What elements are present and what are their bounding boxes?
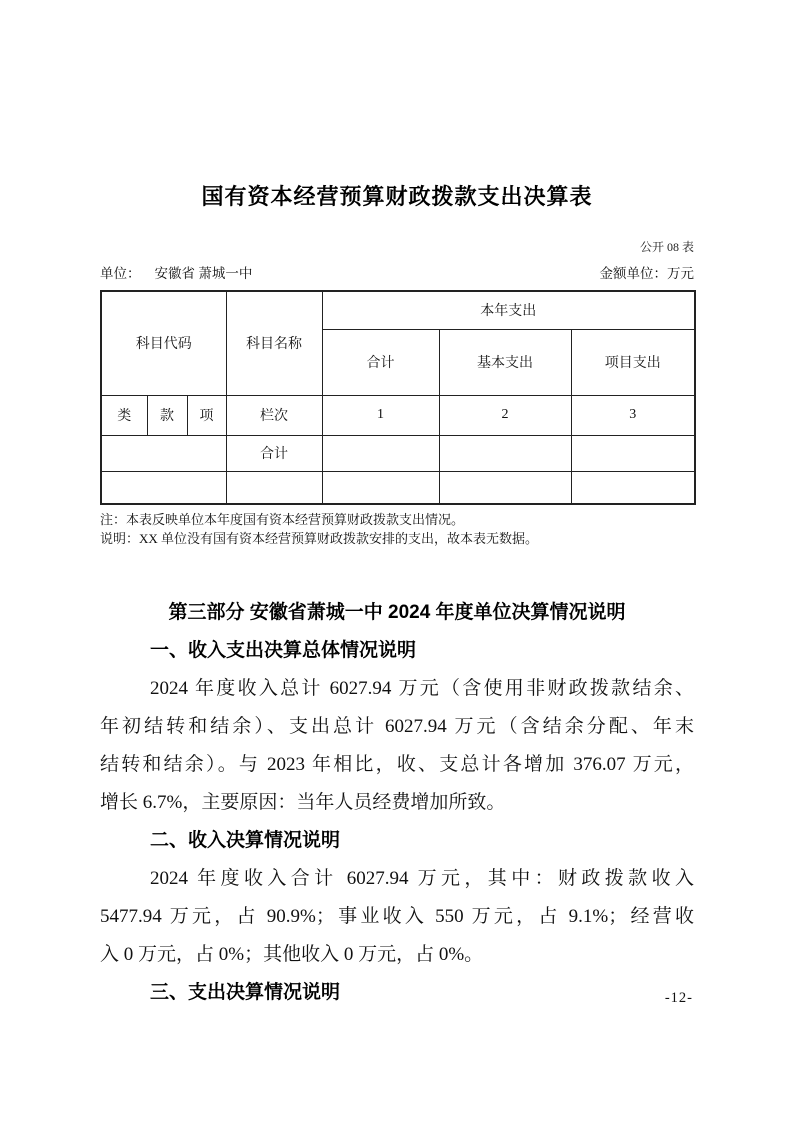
heading-expenditure-final-accounts: 三、支出决算情况说明 [100, 974, 694, 1012]
heading-income-expenditure-overview: 一、收入支出决算总体情况说明 [100, 632, 694, 670]
table-notes: 注：本表反映单位本年度国有资本经营预算财政拨款支出情况。 说明：XX 单位没有国… [100, 511, 694, 548]
band-col-index-2: 2 [439, 395, 571, 435]
note-line-1: 注：本表反映单位本年度国有资本经营预算财政拨款支出情况。 [100, 511, 694, 530]
band-kuan: 款 [147, 395, 187, 435]
unit-label: 单位： [100, 266, 141, 281]
empty-value-cell [322, 471, 439, 504]
page-content: 国有资本经营预算财政拨款支出决算表 公开 08 表 单位：安徽省 萧城一中 金额… [100, 0, 694, 1012]
empty-value-cell [571, 471, 695, 504]
document-page: 国有资本经营预算财政拨款支出决算表 公开 08 表 单位：安徽省 萧城一中 金额… [0, 0, 793, 1122]
unit-row: 单位：安徽省 萧城一中 金额单位：万元 [100, 262, 694, 282]
band-col-index-1: 1 [322, 395, 439, 435]
band-xiang: 项 [187, 395, 226, 435]
budget-table: 科目代码 科目名称 本年支出 合计 基本支出 项目支出 类 款 项 栏次 1 2… [100, 290, 696, 505]
table-band-row: 类 款 项 栏次 1 2 3 [101, 395, 695, 435]
paragraph-line: 5477.94 万元，占 90.9%；事业收入 550 万元，占 9.1%；经营… [100, 898, 694, 936]
table-header-row-1: 科目代码 科目名称 本年支出 [101, 291, 695, 329]
page-number: -12- [665, 990, 693, 1007]
paragraph-income: 2024 年度收入合计 6027.94 万元，其中：财政拨款收入 5477.94… [100, 860, 694, 974]
empty-code-cell [101, 435, 226, 471]
paragraph-line: 2024 年度收入合计 6027.94 万元，其中：财政拨款收入 [100, 860, 694, 898]
band-lei: 类 [101, 395, 147, 435]
empty-name-cell [226, 471, 322, 504]
paragraph-line: 结转和结余）。与 2023 年相比，收、支总计各增加 376.07 万元， [100, 746, 694, 784]
paragraph-line: 入 0 万元，占 0%；其他收入 0 万元，占 0%。 [100, 936, 694, 974]
unit-line: 单位：安徽省 萧城一中 [100, 262, 252, 282]
empty-value-cell [439, 471, 571, 504]
total-row-label: 合计 [226, 435, 322, 471]
header-col-project: 项目支出 [571, 329, 695, 395]
table-title: 国有资本经营预算财政拨款支出决算表 [100, 180, 694, 211]
paragraph-line: 增长 6.7%，主要原因：当年人员经费增加所致。 [100, 784, 694, 822]
heading-income-final-accounts: 二、收入决算情况说明 [100, 822, 694, 860]
paragraph-overview: 2024 年度收入总计 6027.94 万元（含使用非财政拨款结余、 年初结转和… [100, 670, 694, 822]
note-line-2: 说明：XX 单位没有国有资本经营预算财政拨款安排的支出，故本表无数据。 [100, 530, 694, 549]
band-col-index-3: 3 [571, 395, 695, 435]
unit-value: 安徽省 萧城一中 [155, 266, 253, 281]
empty-code-cell [101, 471, 226, 504]
form-code-label: 公开 08 表 [100, 238, 694, 255]
paragraph-line: 年初结转和结余）、支出总计 6027.94 万元（含结余分配、年末 [100, 708, 694, 746]
total-value-total [322, 435, 439, 471]
band-lanci: 栏次 [226, 395, 322, 435]
header-col-basic: 基本支出 [439, 329, 571, 395]
total-value-basic [439, 435, 571, 471]
header-subject-name: 科目名称 [226, 291, 322, 395]
table-empty-row [101, 471, 695, 504]
paragraph-line: 2024 年度收入总计 6027.94 万元（含使用非财政拨款结余、 [100, 670, 694, 708]
header-col-total: 合计 [322, 329, 439, 395]
table-total-row: 合计 [101, 435, 695, 471]
header-year-expenditure: 本年支出 [322, 291, 695, 329]
section-part-title: 第三部分 安徽省萧城一中 2024 年度单位决算情况说明 [100, 594, 694, 632]
header-subject-code: 科目代码 [101, 291, 226, 395]
total-value-project [571, 435, 695, 471]
amount-unit-label: 金额单位：万元 [600, 262, 695, 282]
